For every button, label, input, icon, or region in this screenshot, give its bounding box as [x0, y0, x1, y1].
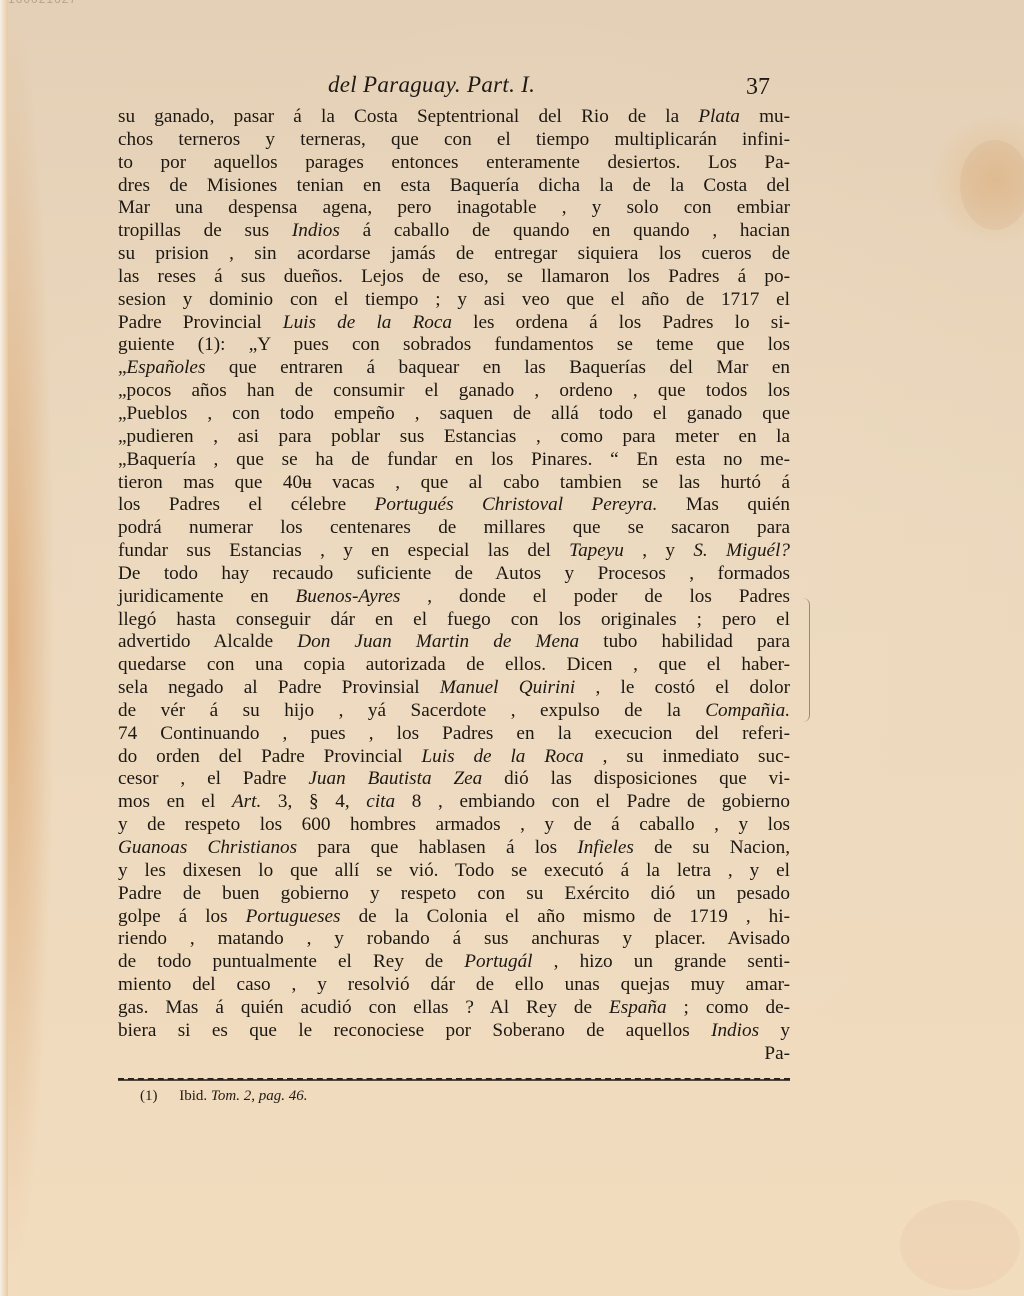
text-line: miento del caso , y resolvió dár de ello…: [118, 974, 790, 997]
text-run: gas. Mas á quién acudió con ellas ? Al R…: [118, 997, 609, 1018]
text-run: 74 Continuando , pues , los Padres en la…: [118, 723, 790, 744]
footnote-ibid: Ibid.: [179, 1088, 207, 1104]
text-run: „: [118, 357, 127, 378]
text-line: juridicamente en Buenos-Ayres , donde el…: [118, 586, 790, 609]
text-run: 8 , embiando con el Padre de gobierno: [395, 791, 790, 812]
italic-text: Plata: [698, 106, 740, 127]
text-run: do orden del Padre Provincial: [118, 746, 421, 767]
text-run: miento del caso , y resolvió dár de ello…: [118, 974, 790, 995]
book-page: 160021627 del Paraguay. Part. I. 37 su g…: [0, 0, 1024, 1296]
text-run: fundar sus Estancias , y en especial las…: [118, 540, 569, 561]
text-line: tieron mas que 40ʉ vacas , que al cabo t…: [118, 472, 790, 495]
text-line: tropillas de sus Indios á caballo de qua…: [118, 220, 790, 243]
text-run: podrá numerar los centenares de millares…: [118, 517, 790, 538]
italic-text: S. Miguél?: [693, 540, 790, 561]
text-line: fundar sus Estancias , y en especial las…: [118, 540, 790, 563]
text-run: tubo habilidad para: [579, 631, 790, 652]
page-binding-edge: [0, 0, 8, 1296]
footnote: (1) Ibid. Tom. 2, pag. 46.: [140, 1088, 307, 1105]
text-line: sela negado al Padre Provinsial Manuel Q…: [118, 677, 790, 700]
italic-text: Guanoas Christianos: [118, 837, 297, 858]
text-line: De todo hay recaudo suficiente de Autos …: [118, 563, 790, 586]
text-line: gas. Mas á quién acudió con ellas ? Al R…: [118, 997, 790, 1020]
text-line: „pocos años han de consumir el ganado , …: [118, 380, 790, 403]
italic-text: España: [609, 997, 667, 1018]
text-line: Guanoas Christianos para que hablasen á …: [118, 837, 790, 860]
italic-text: Infieles: [577, 837, 633, 858]
text-line: de todo puntualmente el Rey de Portugál …: [118, 951, 790, 974]
italic-text: Art.: [232, 791, 261, 812]
italic-text: Compañia.: [705, 700, 790, 721]
text-run: de todo puntualmente el Rey de: [118, 951, 464, 972]
text-run: mu-: [740, 106, 790, 127]
text-line: riendo , matando , y robando á sus anchu…: [118, 928, 790, 951]
text-line: „Españoles que entraren á baquear en las…: [118, 357, 790, 380]
text-line: dres de Misiones tenian en esta Baquería…: [118, 175, 790, 198]
text-line: mos en el Art. 3, § 4, cita 8 , embiando…: [118, 791, 790, 814]
text-run: Padre de buen gobierno y respeto con su …: [118, 883, 790, 904]
footnote-mark: (1): [140, 1088, 158, 1104]
text-line: quedarse con una copia autorizada de ell…: [118, 654, 790, 677]
running-title: del Paraguay. Part. I.: [328, 72, 535, 98]
catalog-id: 160021627: [8, 0, 77, 6]
text-run: para que hablasen á los: [297, 837, 577, 858]
text-line: golpe á los Portugueses de la Colonia el…: [118, 906, 790, 929]
text-line: guiente (1): „Y pues con sobrados fundam…: [118, 334, 790, 357]
pencil-margin-mark: [803, 598, 810, 722]
footnote-reference: Tom. 2, pag. 46.: [211, 1088, 308, 1104]
text-run: sesion y dominio con el tiempo ; y asi v…: [118, 289, 790, 310]
body-text: su ganado, pasar á la Costa Septentriona…: [118, 106, 790, 1065]
text-run: riendo , matando , y robando á sus anchu…: [118, 928, 790, 949]
text-run: sela negado al Padre Provinsial: [118, 677, 440, 698]
text-run: juridicamente en: [118, 586, 296, 607]
text-run: „Baquería , que se ha de fundar en los P…: [118, 449, 790, 470]
italic-text: Buenos-Ayres: [296, 586, 401, 607]
text-line: de vér á su hijo , yá Sacerdote , expuls…: [118, 700, 790, 723]
text-line: llegó hasta conseguir dár en el fuego co…: [118, 609, 790, 632]
text-line: su prision , sin acordarse jamás de entr…: [118, 243, 790, 266]
text-run: guiente (1): „Y pues con sobrados fundam…: [118, 334, 790, 355]
text-run: biera si es que le reconociese por Sober…: [118, 1020, 711, 1041]
text-run: cesor , el Padre: [118, 768, 308, 789]
text-line: Mar una despensa agena, pero inagotable …: [118, 197, 790, 220]
text-run: los Padres el célebre: [118, 494, 375, 515]
text-line: advertido Alcalde Don Juan Martin de Men…: [118, 631, 790, 654]
text-run: , su inmediato suc-: [584, 746, 790, 767]
text-run: advertido Alcalde: [118, 631, 297, 652]
text-run: „pudieren , asi para poblar sus Estancia…: [118, 426, 790, 447]
italic-text: Portugál: [464, 951, 532, 972]
text-run: de vér á su hijo , yá Sacerdote , expuls…: [118, 700, 705, 721]
text-line: biera si es que le reconociese por Sober…: [118, 1020, 790, 1043]
text-line: y les dixesen lo que allí se vió. Todo s…: [118, 860, 790, 883]
text-run: su ganado, pasar á la Costa Septentriona…: [118, 106, 698, 127]
paper-stain: [900, 1200, 1020, 1290]
text-run: , donde el poder de los Padres: [400, 586, 790, 607]
italic-text: Portugués Christoval Pereyra.: [375, 494, 658, 515]
italic-text: Tapeyu: [569, 540, 624, 561]
text-run: y de respeto los 600 hombres armados , y…: [118, 814, 790, 835]
text-line: „Pueblos , con todo empeño , saquen de a…: [118, 403, 790, 426]
text-run: quedarse con una copia autorizada de ell…: [118, 654, 790, 675]
text-line: „pudieren , asi para poblar sus Estancia…: [118, 426, 790, 449]
text-line: „Baquería , que se ha de fundar en los P…: [118, 449, 790, 472]
text-run: dres de Misiones tenian en esta Baquería…: [118, 175, 790, 196]
page-number: 37: [746, 74, 770, 101]
italic-text: Manuel Quirini: [440, 677, 575, 698]
text-run: 3, § 4,: [261, 791, 366, 812]
running-head: del Paraguay. Part. I. 37: [118, 72, 790, 102]
text-line: Padre Provincial Luis de la Roca les ord…: [118, 312, 790, 335]
text-line: las reses á sus dueños. Lejos de eso, se…: [118, 266, 790, 289]
text-run: chos terneros y terneras, que con el tie…: [118, 129, 790, 150]
text-line: Padre de buen gobierno y respeto con su …: [118, 883, 790, 906]
catchword: Pa-: [118, 1043, 790, 1066]
text-run: De todo hay recaudo suficiente de Autos …: [118, 563, 790, 584]
footnote-rule-line: [118, 1079, 790, 1081]
text-run: llegó hasta conseguir dár en el fuego co…: [118, 609, 790, 630]
text-run: tieron mas que 40ʉ vacas , que al cabo t…: [118, 472, 790, 493]
text-run: mos en el: [118, 791, 232, 812]
text-run: ; como de-: [667, 997, 790, 1018]
text-run: „pocos años han de consumir el ganado , …: [118, 380, 790, 401]
italic-text: Don Juan Martin de Mena: [297, 631, 579, 652]
text-run: á caballo de quando en quando , hacian: [340, 220, 790, 241]
text-run: y les dixesen lo que allí se vió. Todo s…: [118, 860, 790, 881]
text-run: , y: [624, 540, 693, 561]
text-run: su prision , sin acordarse jamás de entr…: [118, 243, 790, 264]
text-run: tropillas de sus: [118, 220, 292, 241]
text-run: , hizo un grande senti-: [533, 951, 790, 972]
text-run: de la Colonia el año mismo de 1719 , hi-: [341, 906, 790, 927]
text-run: Mar una despensa agena, pero inagotable …: [118, 197, 790, 218]
text-line: cesor , el Padre Juan Bautista Zea dió l…: [118, 768, 790, 791]
text-run: , le costó el dolor: [575, 677, 790, 698]
text-line: podrá numerar los centenares de millares…: [118, 517, 790, 540]
text-line: do orden del Padre Provincial Luis de la…: [118, 746, 790, 769]
paper-stain: [960, 140, 1024, 230]
text-run: de su Nacion,: [634, 837, 790, 858]
text-run: „Pueblos , con todo empeño , saquen de a…: [118, 403, 790, 424]
text-run: y: [759, 1020, 790, 1041]
text-line: chos terneros y terneras, que con el tie…: [118, 129, 790, 152]
italic-text: Indios: [711, 1020, 759, 1041]
italic-text: Luis de la Roca: [421, 746, 583, 767]
text-line: y de respeto los 600 hombres armados , y…: [118, 814, 790, 837]
text-run: golpe á los: [118, 906, 246, 927]
italic-text: Luis de la Roca: [283, 312, 452, 333]
text-run: dió las disposiciones que vi-: [482, 768, 790, 789]
text-run: to por aquellos parages entonces enteram…: [118, 152, 790, 173]
text-line: sesion y dominio con el tiempo ; y asi v…: [118, 289, 790, 312]
text-run: que entraren á baquear en las Baquerías …: [205, 357, 790, 378]
text-line: to por aquellos parages entonces enteram…: [118, 152, 790, 175]
text-run: las reses á sus dueños. Lejos de eso, se…: [118, 266, 790, 287]
text-run: Padre Provincial: [118, 312, 283, 333]
text-run: Mas quién: [657, 494, 790, 515]
italic-text: cita: [366, 791, 395, 812]
italic-text: Indios: [292, 220, 340, 241]
italic-text: Españoles: [127, 357, 206, 378]
text-run: les ordena á los Padres lo si-: [452, 312, 790, 333]
italic-text: Juan Bautista Zea: [308, 768, 482, 789]
text-line: su ganado, pasar á la Costa Septentriona…: [118, 106, 790, 129]
text-line: los Padres el célebre Portugués Christov…: [118, 494, 790, 517]
italic-text: Portugueses: [246, 906, 341, 927]
text-line: 74 Continuando , pues , los Padres en la…: [118, 723, 790, 746]
